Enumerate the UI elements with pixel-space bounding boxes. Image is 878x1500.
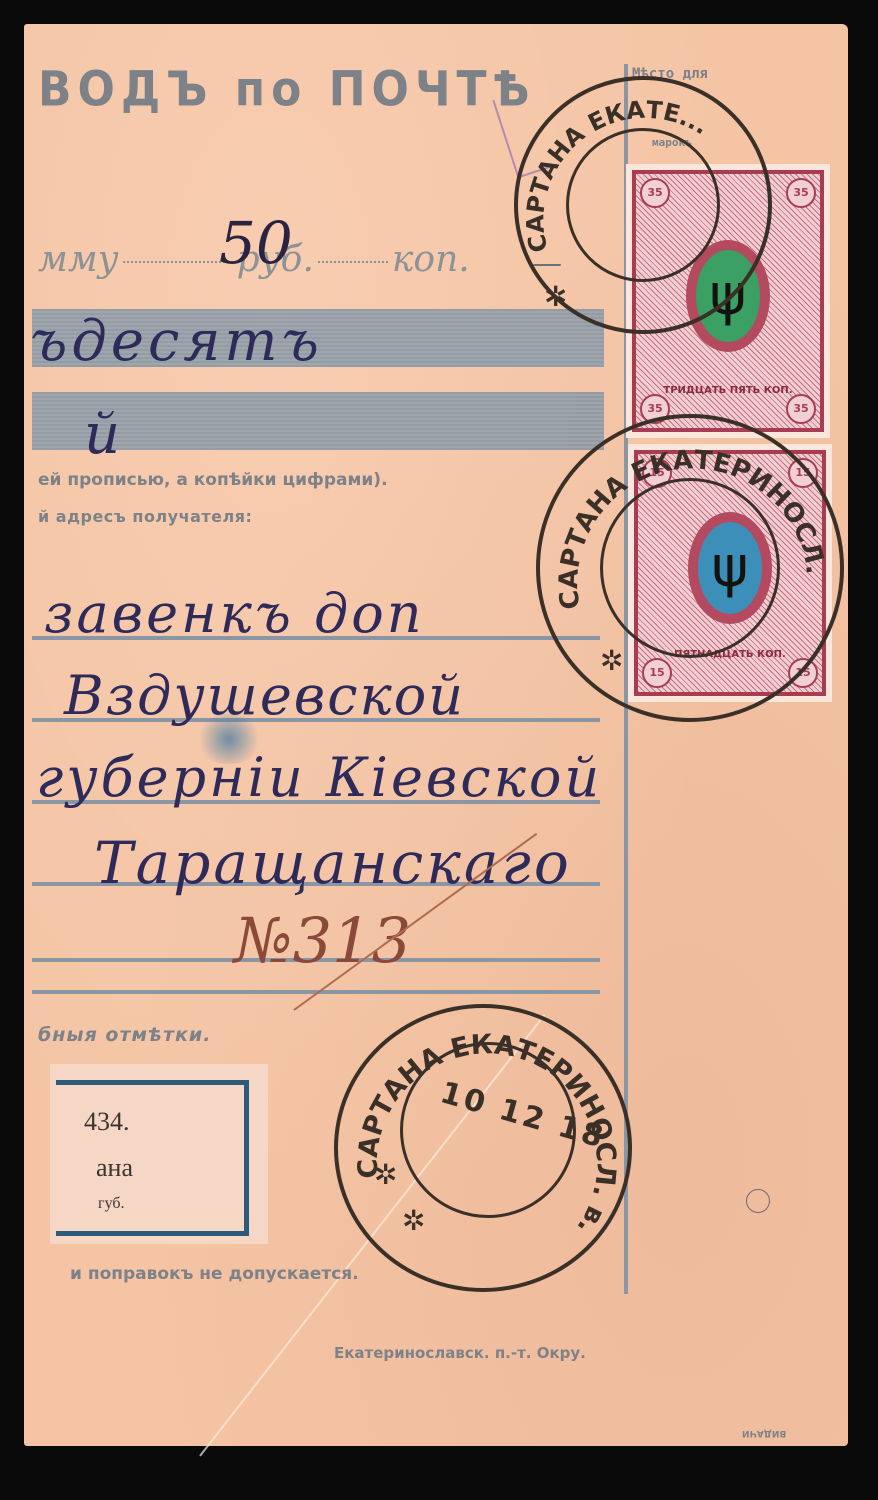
registration-number: 434. [84,1107,130,1137]
star-icon: ✲ [402,1204,425,1237]
denomination-badge: 35 [786,178,816,208]
kop-field-line [318,261,388,263]
registration-label-frame: 434. ана губ. [56,1080,249,1236]
form-title: ВОДЪ по ПОЧТѢ [38,61,536,117]
star-icon: ✲ [544,280,567,313]
address-line-4: Таращанскаго [94,829,572,897]
amount-words-line-1: ъдесятъ [30,309,323,374]
address-line-2: Вздушевской [64,664,465,727]
amount-rub-handwritten: 50 [219,209,293,277]
money-order-form: ВОДЪ по ПОЧТѢ Мѣсто для марокъ ммуруб.ко… [24,24,848,1446]
star-icon: ✲ [374,1158,397,1191]
registration-place: ана [96,1153,133,1183]
postmark-2: САРТАНА ЕКАТЕРИНОСЛ. ✲ [536,414,844,722]
stamp-caption: ТРИДЦАТЬ ПЯТЬ КОП. [636,385,820,396]
postmark-text: САРТАНА ЕКАТЕРИНОСЛ. [540,418,840,718]
postmark-1: САРТАНА ЕКАТЕ... ✲ [514,76,772,334]
amount-instructions: ей прописью, а копѣйки цифрами). [38,470,388,490]
address-label: й адресъ получателя: [38,507,252,526]
reference-number: №313 [234,904,411,977]
pencil-circle-mark [746,1189,770,1213]
kop-label: коп. [392,239,470,280]
registration-province: губ. [98,1195,125,1213]
star-icon: ✲ [600,644,623,677]
address-line-3: губерніи Кіевской [36,746,602,809]
printer-mark: ВИДАЧИ [742,1428,786,1438]
service-marks-label: бныя отмѣтки. [38,1024,211,1046]
svg-text:САРТАНА ЕКАТЕ...: САРТАНА ЕКАТЕ... [521,96,713,255]
registration-label: 434. ана губ. [50,1064,268,1244]
postmark-3-dated: САРТАНА ЕКАТЕРИНОСЛ. в. 10 12 18 ✲ ✲ [334,1004,632,1292]
corrections-note: и поправокъ не допускается. [70,1264,359,1284]
svg-text:САРТАНА ЕКАТЕРИНОСЛ.: САРТАНА ЕКАТЕРИНОСЛ. [554,445,830,611]
address-line-1: завенкъ доп [44,582,425,645]
rub-field-line [123,261,233,263]
sum-prefix: мму [38,239,119,280]
amount-words-line-2: й [84,402,120,467]
issuer-imprint: Екатеринославск. п.-т. Окру. [334,1344,586,1362]
